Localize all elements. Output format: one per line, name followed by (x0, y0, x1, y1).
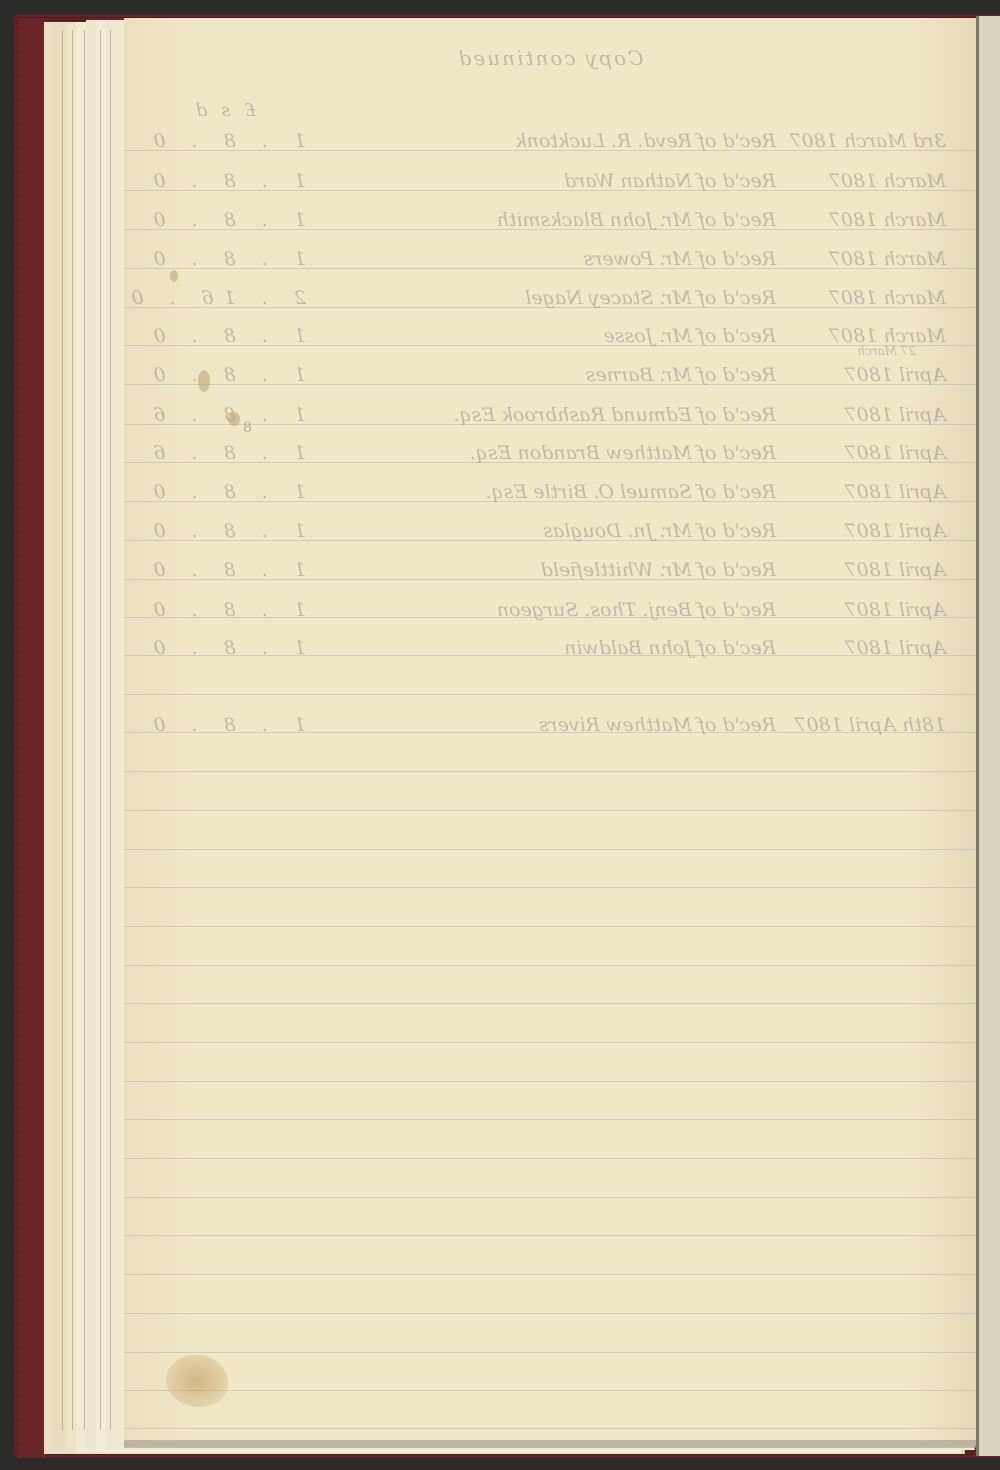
ink-spot (228, 412, 240, 426)
ruled-line (124, 1352, 976, 1353)
ledger-entry: April 1807Rec'd of Benj. Thos. Surgeon1 … (126, 599, 946, 621)
ledger-entry: March 1807Rec'd of Mr. John Blacksmith1 … (126, 209, 946, 231)
ledger-entry: April 1807Rec'd of Matthew Brandon Esq.1… (126, 442, 946, 464)
ledger-entry: April 1807Rec'd of Mr. Whittlefield1 . 8… (126, 559, 946, 581)
ruled-line (124, 926, 976, 927)
ruled-line (124, 965, 976, 966)
currency-pounds: £ (231, 100, 256, 121)
page-bottom-edge (124, 1440, 976, 1448)
ledger-entry: April 1807Rec'd of John Baldwin1 . 8 . 0 (126, 637, 946, 659)
ledger-entry: March 1807Rec'd of Mr. Stacey Nagel2 . 1… (126, 287, 946, 309)
ruled-line (124, 1119, 976, 1120)
ruled-line (124, 1235, 976, 1236)
currency-shillings: s (207, 100, 230, 121)
entry-note: 27 March (857, 344, 916, 358)
book-gutter (976, 16, 1000, 1456)
ink-spot (198, 370, 210, 392)
ledger-entry: April 1807Rec'd of Mr. Jn. Douglas1 . 8 … (126, 520, 946, 542)
page-edge (72, 30, 73, 1430)
page-edge (100, 30, 101, 1430)
ledger-entry: March 1807Rec'd of Nathan Ward1 . 8 . 0 (126, 170, 946, 192)
bleed-through-text: Copy continued £sd 3rd March 1807Rec'd o… (124, 18, 976, 818)
page-edge (84, 30, 85, 1430)
page-heading: Copy continued (124, 46, 976, 70)
ruled-line (124, 849, 976, 850)
page-edge (62, 30, 63, 1430)
currency-pence: d (182, 100, 208, 121)
ledger-entry: 18th April 1807Rec'd of Matthew Rivers1 … (126, 714, 946, 736)
ledger-entry: 3rd March 1807Rec'd of Revd. R. Lucktonk… (126, 130, 946, 152)
ruled-line (124, 887, 976, 888)
ledger-entry: April 1807Rec'd of Samuel O. Birtle Esq.… (126, 481, 946, 503)
ruled-line (124, 1390, 976, 1391)
ruled-line (124, 1081, 976, 1082)
ledger-entry: April 1807Rec'd of Mr. Barnes1 . 8 . 0 (126, 364, 946, 386)
ruled-line (124, 1042, 976, 1043)
ruled-line (124, 1274, 976, 1275)
ledger-entry: March 1807Rec'd of Mr. Powers1 . 8 . 0 (126, 248, 946, 270)
water-stain (166, 1355, 228, 1407)
ruled-line (124, 1313, 976, 1314)
ruled-line (124, 1428, 976, 1429)
cover-spine-edge (18, 18, 46, 1458)
page-edge (110, 30, 111, 1430)
ink-spot (170, 270, 178, 282)
ruled-line (124, 1003, 976, 1004)
ledger-entry: March 1807Rec'd of Mr. Josse1 . 8 . 0 (126, 325, 946, 347)
margin-mark: 8 (243, 420, 252, 436)
ruled-line (124, 1197, 976, 1198)
currency-header: £sd (182, 100, 256, 121)
ruled-line (124, 1158, 976, 1159)
